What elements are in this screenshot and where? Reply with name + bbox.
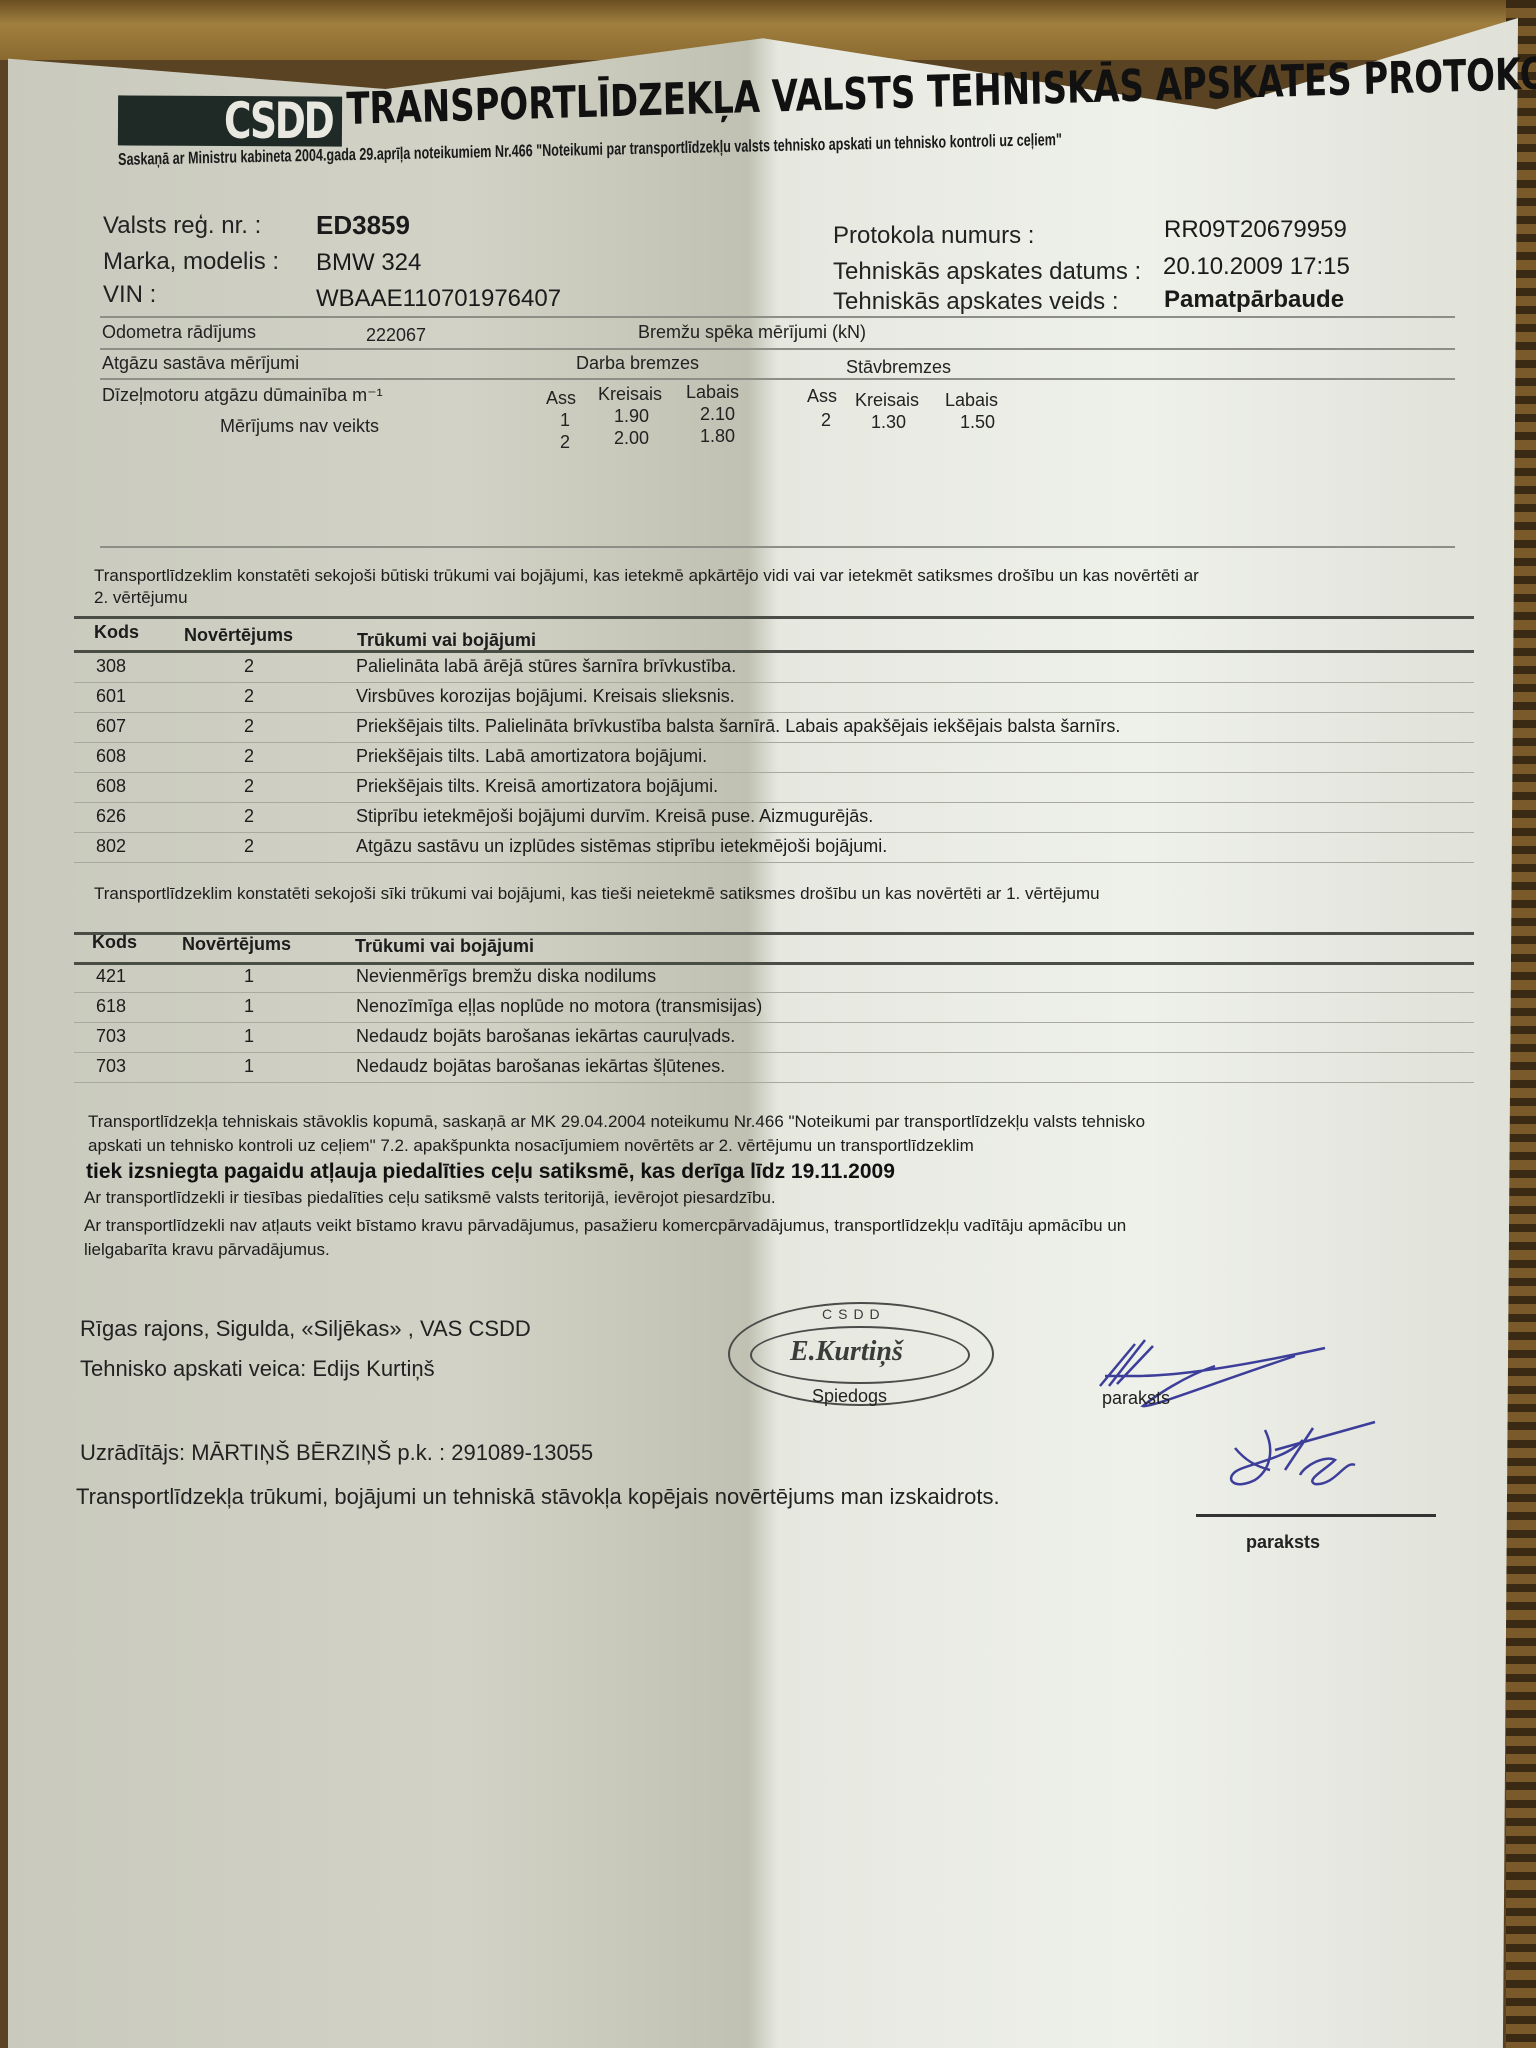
parking-brakes-axle-2: 2	[821, 410, 831, 431]
defect-description: Atgāzu sastāvu un izplūdes sistēmas stip…	[356, 836, 887, 857]
row-divider	[74, 742, 1474, 743]
defect-code: 308	[96, 656, 126, 677]
service-brakes-col-axle: Ass	[546, 388, 576, 409]
defect-description: Nevienmērīgs bremžu diska nodilums	[356, 966, 656, 987]
defect-description: Stiprību ietekmējoši bojājumi durvīm. Kr…	[356, 806, 873, 827]
minor-defects-col-rating: Novērtējums	[182, 934, 291, 955]
defect-code: 802	[96, 836, 126, 857]
odometer-value: 222067	[366, 325, 426, 346]
row-divider	[74, 712, 1474, 713]
odometer-label: Odometra rādījums	[102, 322, 256, 343]
row-divider	[74, 992, 1474, 993]
defect-rating: 1	[244, 1026, 254, 1047]
defect-code: 703	[96, 1056, 126, 1077]
row-divider	[74, 772, 1474, 773]
protocol-number-label: Protokola numurs :	[833, 222, 1034, 250]
row-divider	[74, 1022, 1474, 1023]
service-brakes-left-2: 2.00	[614, 428, 649, 449]
row-divider	[74, 682, 1474, 683]
conclusion-line1: Transportlīdzekļa tehniskais stāvoklis k…	[88, 1112, 1145, 1132]
csdd-logo: CSDD	[224, 92, 332, 150]
inspection-type-value: Pamatpārbaude	[1164, 286, 1344, 314]
presenter-signature-icon	[1215, 1420, 1385, 1500]
acknowledgement-statement: Transportlīdzekļa trūkumi, bojājumi un t…	[76, 1484, 1000, 1510]
defect-description: Nenozīmīga eļļas noplūde no motora (tran…	[356, 996, 762, 1017]
service-brakes-left-1: 1.90	[614, 406, 649, 427]
defect-description: Virsbūves korozijas bojājumi. Kreisais s…	[356, 686, 735, 707]
stamp-org: CSDD	[822, 1306, 886, 1322]
conclusion-note2: Ar transportlīdzekli nav atļauts veikt b…	[84, 1216, 1126, 1236]
divider	[100, 546, 1455, 548]
temporary-permit-statement: tiek izsniegta pagaidu atļauja piedalīti…	[86, 1160, 895, 1184]
vin-label: VIN :	[103, 281, 156, 309]
stamp-name: E.Kurtiņš	[790, 1336, 903, 1368]
defect-rating: 1	[244, 996, 254, 1017]
major-defects-intro-line2: 2. vērtējumu	[94, 588, 188, 608]
defect-rating: 2	[244, 686, 254, 707]
table-header-rule	[74, 962, 1474, 965]
defect-code: 608	[96, 776, 126, 797]
brake-force-label: Bremžu spēka mērījumi (kN)	[638, 322, 866, 343]
divider	[100, 316, 1455, 318]
defect-rating: 2	[244, 656, 254, 677]
defect-rating: 2	[244, 776, 254, 797]
minor-defects-col-description: Trūkumi vai bojājumi	[355, 936, 534, 957]
defect-rating: 2	[244, 836, 254, 857]
service-brakes-right-2: 1.80	[700, 426, 735, 447]
defect-code: 703	[96, 1026, 126, 1047]
defect-code: 608	[96, 746, 126, 767]
diesel-smoke-value: Mērījums nav veikts	[220, 416, 379, 437]
defect-code: 618	[96, 996, 126, 1017]
defect-rating: 1	[244, 1056, 254, 1077]
signature-line	[1196, 1514, 1436, 1517]
defect-code: 421	[96, 966, 126, 987]
protocol-document: CSDD TRANSPORTLĪDZEKĻA VALSTS TEHNISKĀS …	[0, 0, 1536, 2048]
defect-description: Priekšējais tilts. Kreisā amortizatora b…	[356, 776, 718, 797]
parking-brakes-col-right: Labais	[945, 390, 998, 411]
service-brakes-title: Darba bremzes	[576, 353, 699, 374]
protocol-number-value: RR09T20679959	[1164, 216, 1347, 244]
parking-brakes-title: Stāvbremzes	[846, 357, 951, 378]
minor-defects-col-code: Kods	[92, 932, 137, 953]
inspection-location: Rīgas rajons, Sigulda, «Siljēkas» , VAS …	[80, 1316, 531, 1342]
parking-brakes-left-2: 1.30	[871, 412, 906, 433]
inspection-date-label: Tehniskās apskates datums :	[833, 258, 1141, 286]
defect-description: Priekšējais tilts. Labā amortizatora boj…	[356, 746, 707, 767]
defect-code: 607	[96, 716, 126, 737]
exhaust-label: Atgāzu sastāva mērījumi	[102, 353, 299, 374]
inspection-type-label: Tehniskās apskates veids :	[833, 288, 1118, 316]
table-header-rule	[74, 650, 1474, 653]
defect-rating: 1	[244, 966, 254, 987]
presenter-info: Uzrādītājs: MĀRTIŅŠ BĒRZIŅŠ p.k. : 29108…	[80, 1440, 593, 1466]
document-title: TRANSPORTLĪDZEKĻA VALSTS TEHNISKĀS APSKA…	[346, 47, 1536, 135]
service-brakes-col-right: Labais	[686, 382, 739, 403]
defect-description: Palielināta labā ārējā stūres šarnīra br…	[356, 656, 736, 677]
major-defects-intro: Transportlīdzeklim konstatēti sekojoši b…	[94, 566, 1199, 586]
major-defects-col-description: Trūkumi vai bojājumi	[357, 630, 536, 651]
signature-label: paraksts	[1102, 1388, 1170, 1409]
defect-description: Nedaudz bojātas barošanas iekārtas šļūte…	[356, 1056, 725, 1077]
major-defects-col-code: Kods	[94, 622, 139, 643]
minor-defects-intro: Transportlīdzeklim konstatēti sekojoši s…	[94, 884, 1100, 904]
parking-brakes-col-left: Kreisais	[855, 390, 919, 411]
defect-description: Nedaudz bojāts barošanas iekārtas cauruļ…	[356, 1026, 735, 1047]
row-divider	[74, 862, 1474, 863]
service-brakes-col-left: Kreisais	[598, 384, 662, 405]
divider	[100, 348, 1455, 350]
reg-label: Valsts reģ. nr. :	[103, 212, 261, 240]
defect-code: 626	[96, 806, 126, 827]
signature-label-2: paraksts	[1246, 1532, 1320, 1553]
vin-value: WBAAE110701976407	[316, 285, 561, 313]
defect-rating: 2	[244, 746, 254, 767]
diesel-smoke-label: Dīzeļmotoru atgāzu dūmainība m⁻¹	[102, 385, 383, 406]
defect-code: 601	[96, 686, 126, 707]
defect-description: Priekšējais tilts. Palielināta brīvkustī…	[356, 716, 1120, 737]
service-brakes-axle-1: 1	[560, 410, 570, 431]
defect-rating: 2	[244, 716, 254, 737]
reg-value: ED3859	[316, 210, 410, 241]
major-defects-col-rating: Novērtējums	[184, 625, 293, 646]
row-divider	[74, 832, 1474, 833]
defect-rating: 2	[244, 806, 254, 827]
conclusion-line2: apskati un tehnisko kontroli uz ceļiem" …	[88, 1136, 974, 1156]
parking-brakes-right-2: 1.50	[960, 412, 995, 433]
service-brakes-right-1: 2.10	[700, 404, 735, 425]
service-brakes-axle-2: 2	[560, 432, 570, 453]
conclusion-note1: Ar transportlīdzekli ir tiesības piedalī…	[84, 1188, 776, 1208]
model-value: BMW 324	[316, 249, 421, 277]
conclusion-note3: lielgabarīta kravu pārvadājumus.	[84, 1240, 330, 1260]
parking-brakes-col-axle: Ass	[807, 386, 837, 407]
row-divider	[74, 1082, 1474, 1083]
inspection-date-value: 20.10.2009 17:15	[1163, 253, 1350, 281]
stamp-label: Spiedogs	[812, 1386, 887, 1407]
row-divider	[74, 1052, 1474, 1053]
row-divider	[74, 802, 1474, 803]
divider	[100, 378, 1455, 380]
table-top-rule	[74, 616, 1474, 619]
model-label: Marka, modelis :	[103, 248, 279, 276]
inspector-name: Tehnisko apskati veica: Edijs Kurtiņš	[80, 1356, 435, 1382]
